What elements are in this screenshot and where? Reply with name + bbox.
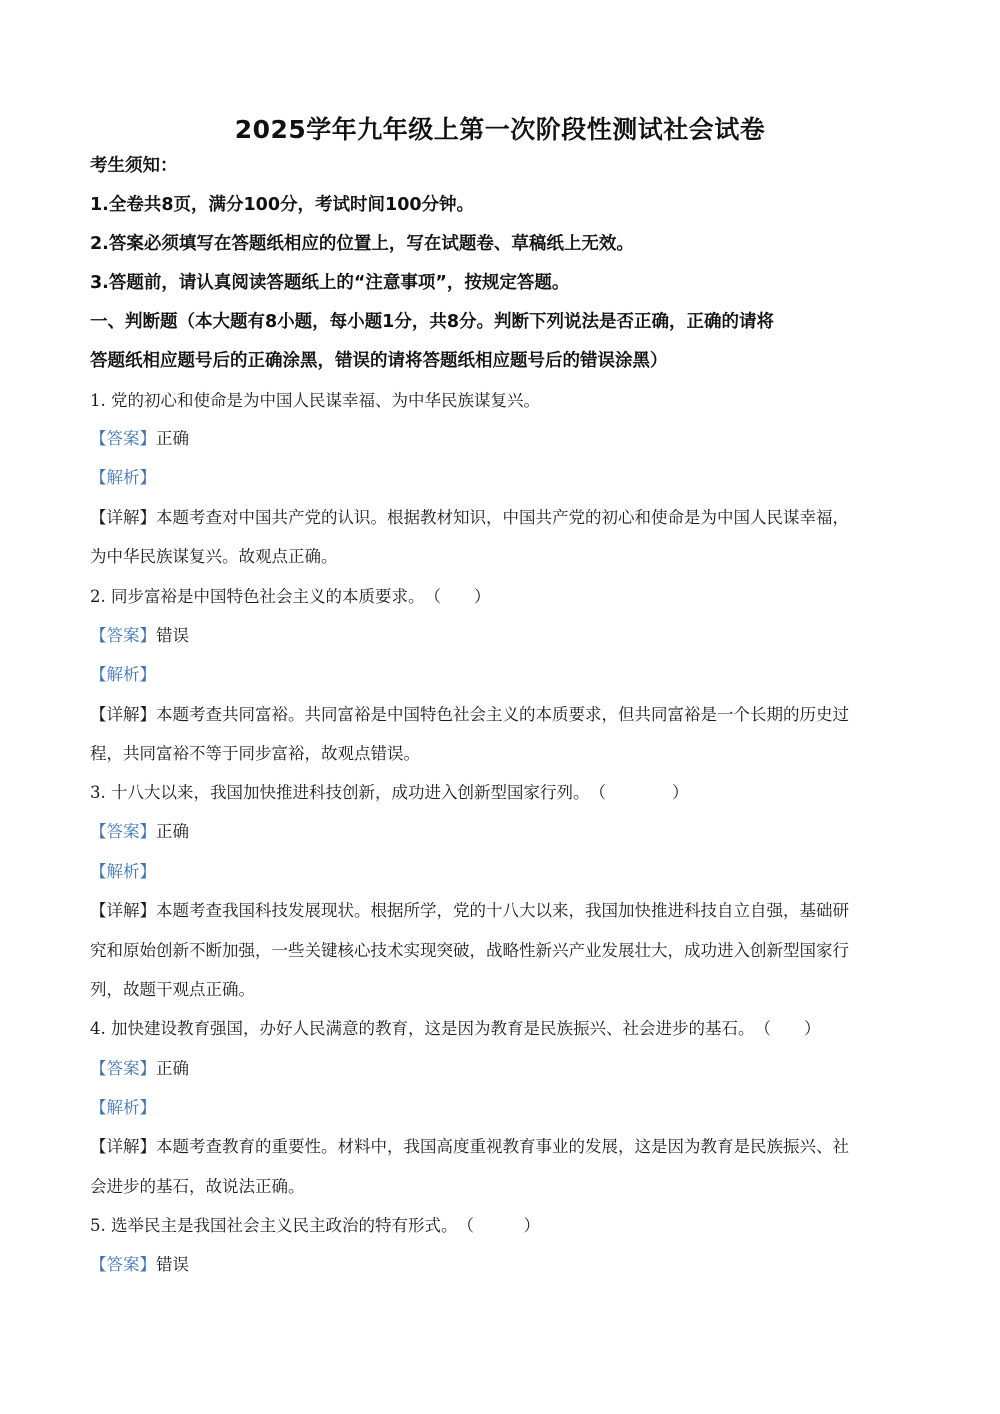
- answer-value: 正确: [156, 429, 189, 448]
- question-stem-text: 4. 加快建设教育强国，办好人民满意的教育，这是因为教育是民族振兴、社会进步的基…: [90, 1019, 755, 1038]
- detail-label: 【详解】: [90, 508, 156, 527]
- question-stem-text: 2. 同步富裕是中国特色社会主义的本质要求。: [90, 587, 425, 606]
- detail-text: 本题考查共同富裕。共同富裕是中国特色社会主义的本质要求，但共同富裕是一个长期的历…: [156, 705, 849, 724]
- question-3-detail-line-2: 究和原始创新不断加强，一些关键核心技术实现突破，战略性新兴产业发展壮大，成功进入…: [90, 940, 849, 962]
- notice-heading: 考生须知：: [90, 155, 178, 177]
- answer-label: 【答案】: [90, 1255, 156, 1274]
- answer-value: 错误: [156, 1255, 189, 1274]
- question-3-analysis: 【解析】: [90, 861, 156, 883]
- question-stem-text: 3. 十八大以来，我国加快推进科技创新，成功进入创新型国家行列。: [90, 783, 590, 802]
- detail-label: 【详解】: [90, 901, 156, 920]
- exam-page: 2025学年九年级上第一次阶段性测试社会试卷 考生须知： 1.全卷共8页，满分1…: [0, 0, 1000, 1414]
- analysis-label: 【解析】: [90, 665, 156, 684]
- answer-value: 正确: [156, 1059, 189, 1078]
- question-1-detail-line-2: 为中华民族谋复兴。故观点正确。: [90, 546, 338, 568]
- question-1-answer: 【答案】正确: [90, 428, 189, 450]
- question-stem-text: 1. 党的初心和使命是为中国人民谋幸福、为中华民族谋复兴。: [90, 391, 540, 410]
- question-5-answer: 【答案】错误: [90, 1254, 189, 1276]
- question-2-stem: 2. 同步富裕是中国特色社会主义的本质要求。（ ）: [90, 586, 491, 608]
- notice-item-2: 2.答案必须填写在答题纸相应的位置上，写在试题卷、草稿纸上无效。: [90, 233, 634, 255]
- question-3-answer: 【答案】正确: [90, 821, 189, 843]
- notice-item-3: 3.答题前，请认真阅读答题纸上的“注意事项”，按规定答题。: [90, 272, 569, 294]
- question-4-analysis: 【解析】: [90, 1097, 156, 1119]
- question-stem-text: 5. 选举民主是我国社会主义民主政治的特有形式。: [90, 1216, 458, 1235]
- answer-label: 【答案】: [90, 429, 156, 448]
- question-1-analysis: 【解析】: [90, 467, 156, 489]
- answer-blank: （ ）: [590, 782, 689, 804]
- answer-label: 【答案】: [90, 1059, 156, 1078]
- question-2-detail-line-1: 【详解】本题考查共同富裕。共同富裕是中国特色社会主义的本质要求，但共同富裕是一个…: [90, 704, 849, 726]
- detail-text: 本题考查对中国共产党的认识。根据教材知识，中国共产党的初心和使命是为中国人民谋幸…: [156, 508, 849, 527]
- question-4-stem: 4. 加快建设教育强国，办好人民满意的教育，这是因为教育是民族振兴、社会进步的基…: [90, 1018, 821, 1040]
- section-heading-line-1: 一、判断题（本大题有8小题，每小题1分，共8分。判断下列说法是否正确，正确的请将: [90, 311, 774, 333]
- analysis-label: 【解析】: [90, 468, 156, 487]
- question-2-analysis: 【解析】: [90, 664, 156, 686]
- question-4-answer: 【答案】正确: [90, 1058, 189, 1080]
- detail-label: 【详解】: [90, 1137, 156, 1156]
- question-2-answer: 【答案】错误: [90, 625, 189, 647]
- question-2-detail-line-2: 程，共同富裕不等于同步富裕，故观点错误。: [90, 743, 420, 765]
- question-4-detail-line-2: 会进步的基石，故说法正确。: [90, 1176, 305, 1198]
- answer-label: 【答案】: [90, 822, 156, 841]
- detail-label: 【详解】: [90, 705, 156, 724]
- question-3-stem: 3. 十八大以来，我国加快推进科技创新，成功进入创新型国家行列。（ ）: [90, 782, 689, 804]
- question-1-detail-line-1: 【详解】本题考查对中国共产党的认识。根据教材知识，中国共产党的初心和使命是为中国…: [90, 507, 849, 529]
- answer-blank: （ ）: [755, 1018, 821, 1040]
- question-1-stem: 1. 党的初心和使命是为中国人民谋幸福、为中华民族谋复兴。: [90, 390, 540, 412]
- answer-blank: （ ）: [458, 1215, 541, 1237]
- question-4-detail-line-1: 【详解】本题考查教育的重要性。材料中，我国高度重视教育事业的发展，这是因为教育是…: [90, 1136, 849, 1158]
- page-title: 2025学年九年级上第一次阶段性测试社会试卷: [0, 110, 1000, 146]
- detail-text: 本题考查我国科技发展现状。根据所学，党的十八大以来，我国加快推进科技自立自强，基…: [156, 901, 849, 920]
- answer-label: 【答案】: [90, 626, 156, 645]
- answer-blank: （ ）: [425, 586, 491, 608]
- question-3-detail-line-3: 列，故题干观点正确。: [90, 979, 255, 1001]
- section-heading-line-2: 答题纸相应题号后的正确涂黑，错误的请将答题纸相应题号后的错误涂黑）: [90, 350, 668, 372]
- detail-text: 本题考查教育的重要性。材料中，我国高度重视教育事业的发展，这是因为教育是民族振兴…: [156, 1137, 849, 1156]
- answer-value: 错误: [156, 626, 189, 645]
- analysis-label: 【解析】: [90, 1098, 156, 1117]
- analysis-label: 【解析】: [90, 862, 156, 881]
- notice-item-1: 1.全卷共8页，满分100分，考试时间100分钟。: [90, 194, 474, 216]
- answer-value: 正确: [156, 822, 189, 841]
- question-5-stem: 5. 选举民主是我国社会主义民主政治的特有形式。（ ）: [90, 1215, 540, 1237]
- question-3-detail-line-1: 【详解】本题考查我国科技发展现状。根据所学，党的十八大以来，我国加快推进科技自立…: [90, 900, 849, 922]
